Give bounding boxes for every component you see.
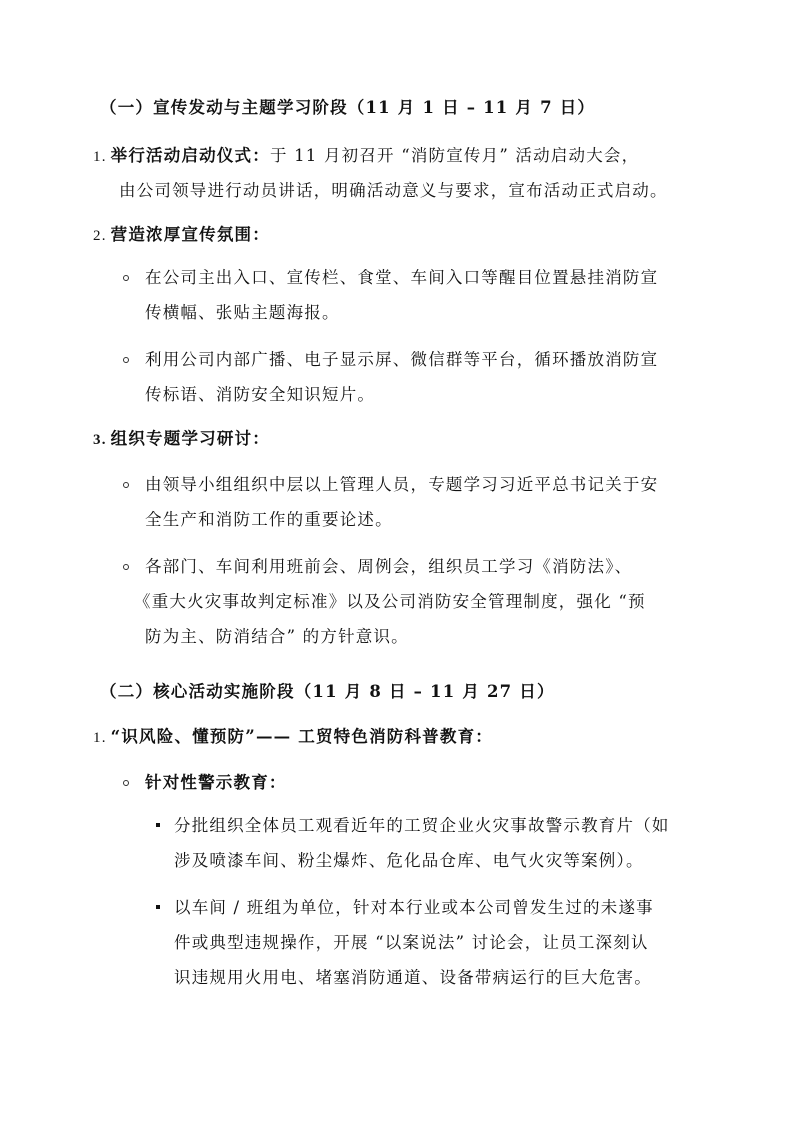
square-bullet-icon [156,905,160,909]
bullet-text: 分批组织全体员工观看近年的工贸企业火灾事故警示教育片（如 [174,816,670,836]
sub-item-title: 针对性警示教育： [145,773,287,793]
circle-bullet-icon [123,357,129,363]
square-bullet-icon [156,823,160,827]
circle-bullet-icon [123,780,129,786]
item-title: 营造浓厚宣传氛围： [111,225,270,244]
item-number: 2. [93,228,107,244]
item-text: 于 11 月初召开 “消防宣传月” 活动启动大会， [270,146,639,165]
bullet-text-continued: 传标语、消防安全知识短片。 [145,385,375,405]
bullet-text-continued: 涉及喷漆车间、粉尘爆炸、危化品仓库、电气火灾等案例）。 [174,851,644,871]
bullet-text: 各部门、车间利用班前会、周例会，组织员工学习《消防法》、 [145,557,632,577]
bullet-text: 以车间 / 班组为单位，针对本行业或本公司曾发生过的未遂事 [174,898,654,918]
circle-bullet-icon [123,564,129,570]
circle-bullet-icon [123,275,129,281]
item-number: 3. [93,432,107,448]
item-text-continued: 由公司领导进行动员讲话，明确活动意义与要求，宣布活动正式启动。 [119,181,668,201]
bullet-text-continued: 防为主、防消结合” 的方针意识。 [145,627,409,647]
list-item-2-1: 1.“识风险、懂预防”—— 工贸特色消防科普教育： [93,727,493,748]
bullet-text-continued: 《重大火灾事故判定标准》以及公司消防安全管理制度，强化 “预 [134,592,646,612]
item-title: 举行活动启动仪式： [111,146,270,165]
item-title: “识风险、懂预防”—— 工贸特色消防科普教育： [111,727,493,746]
item-title: 组织专题学习研讨： [111,429,270,448]
bullet-text: 在公司主出入口、宣传栏、食堂、车间入口等醒目位置悬挂消防宣 [145,268,658,288]
list-item-1-3: 3.组织专题学习研讨： [93,429,270,450]
bullet-text: 由领导小组组织中层以上管理人员，专题学习习近平总书记关于安 [145,475,658,495]
bullet-text-continued: 识违规用火用电、堵塞消防通道、设备带病运行的巨大危害。 [174,968,652,988]
section-heading-1: （一）宣传发动与主题学习阶段（11 月 1 日 – 11 月 7 日） [100,98,595,118]
document-page: （一）宣传发动与主题学习阶段（11 月 1 日 – 11 月 7 日） 1.举行… [0,0,793,1122]
item-number: 1. [93,730,107,746]
circle-bullet-icon [123,482,129,488]
bullet-text-continued: 传横幅、张贴主题海报。 [145,303,340,323]
item-number: 1. [93,149,107,165]
bullet-text: 利用公司内部广播、电子显示屏、微信群等平台，循环播放消防宣 [145,350,658,370]
section-heading-2: （二）核心活动实施阶段（11 月 8 日 – 11 月 27 日） [100,682,555,702]
list-item-1-2: 2.营造浓厚宣传氛围： [93,225,270,246]
bullet-text-continued: 全生产和消防工作的重要论述。 [145,510,393,530]
list-item-1-1: 1.举行活动启动仪式：于 11 月初召开 “消防宣传月” 活动启动大会， [93,146,639,167]
bullet-text-continued: 件或典型违规操作，开展 “以案说法” 讨论会，让员工深刻认 [174,933,649,953]
